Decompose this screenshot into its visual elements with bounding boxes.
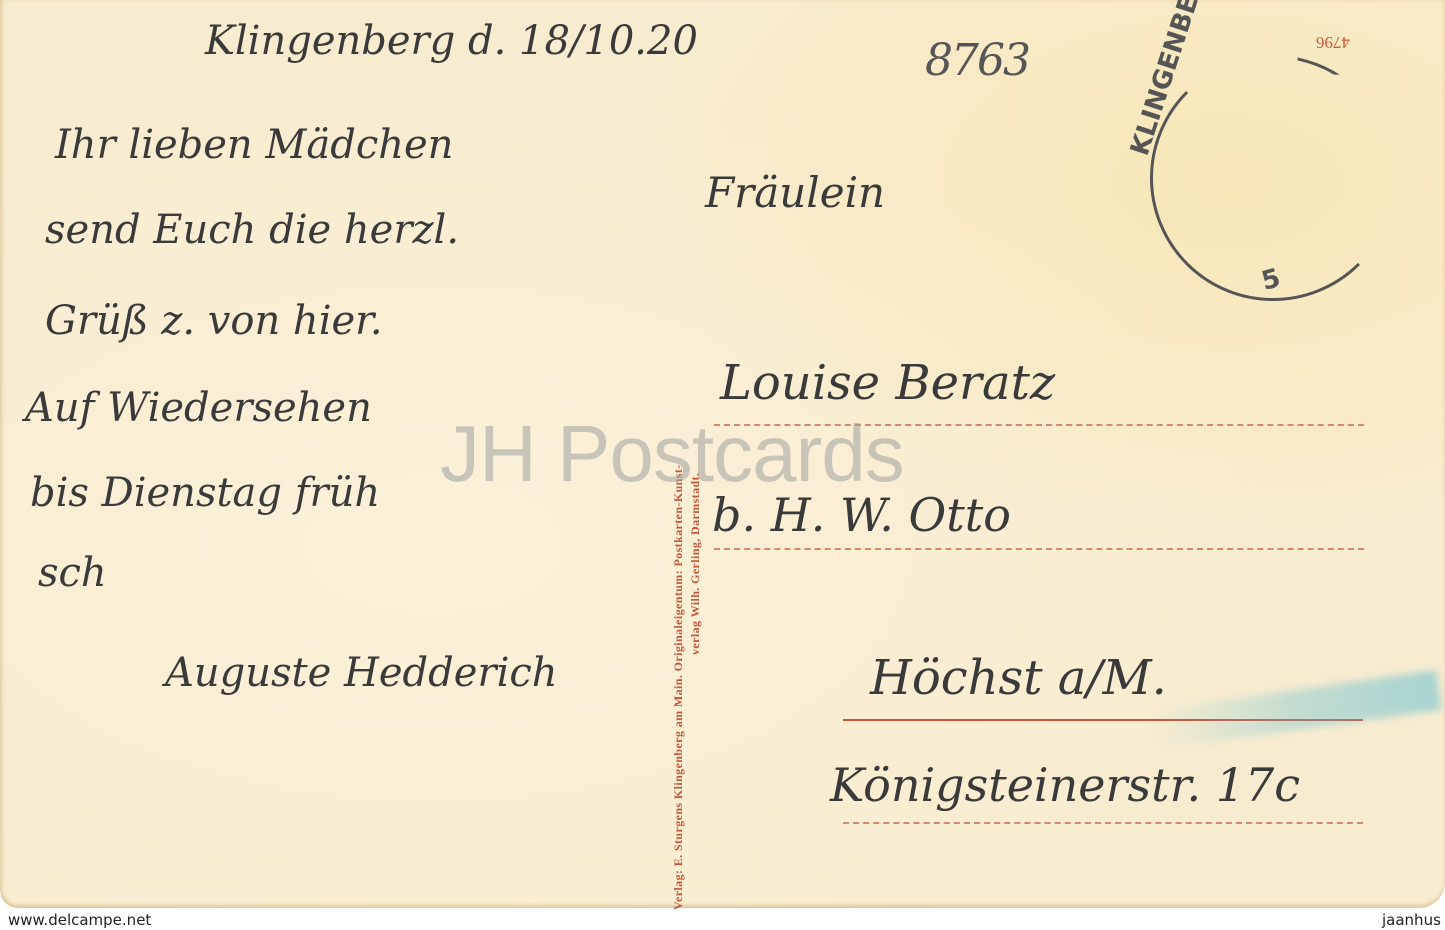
message-line-4: Auf Wiedersehen [25,385,372,431]
imprint-line-1: Verlag: E. Sturgens Klingenberg am Main.… [670,464,687,910]
place-date: Klingenberg d. 18/10.20 [205,18,698,64]
message-line-2: send Euch die herzl. [45,207,459,253]
archive-number: 8763 [925,35,1029,86]
street: Königsteinerstr. 17c [830,758,1300,812]
city: Höchst a/M. [870,650,1167,706]
address-line-4 [843,822,1363,824]
message-line-5: bis Dienstag früh [30,470,380,516]
source-site-label: www.delcampe.net [8,911,151,929]
publisher-imprint: Verlag: E. Sturgens Klingenberg am Main.… [670,464,704,910]
address-line-2 [714,548,1364,550]
printed-number: 4796 [1316,32,1350,52]
postcard-back: Klingenberg d. 18/10.20 Ihr lieben Mädch… [0,0,1445,908]
signature: Auguste Hedderich [165,650,558,696]
seller-name: jaanhus [1382,911,1441,929]
salutation: Fräulein [705,168,885,217]
recipient-name: Louise Beratz [720,355,1055,411]
imprint-line-2: verlag Wilh. Gerling, Darmstadt. [687,464,704,910]
message-line-1: Ihr lieben Mädchen [55,122,453,168]
blue-crayon-mark [1149,670,1442,750]
message-line-6: sch [38,550,107,596]
watermark: JH Postcards [440,408,904,500]
message-line-3: Grüß z. von hier. [45,298,383,344]
